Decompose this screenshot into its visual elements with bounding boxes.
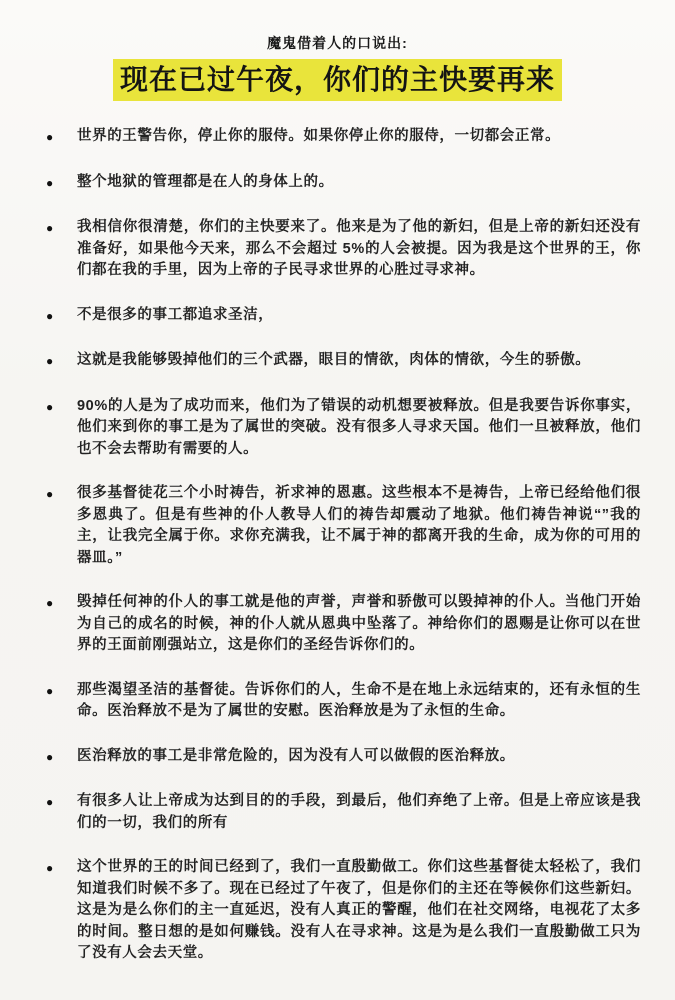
list-item: ● 我相信你很清楚，你们的主快要来了。他来是为了他的新妇，但是上帝的新妇还没有准… [46,217,641,282]
bullet-text: 90%的人是为了成功而来，他们为了错误的动机想要被释放。但是我要告诉你事实，他们… [77,396,641,461]
list-item: ● 整个地狱的管理都是在人的身体上的。 [46,172,641,195]
title-row: 现在已过午夜，你们的主快要再来 [0,59,675,101]
list-item: ● 世界的王警告你，停止你的服侍。如果你停止你的服侍，一切都会正常。 [46,126,641,149]
bullet-icon: ● [46,396,77,419]
list-item: ● 90%的人是为了成功而来，他们为了错误的动机想要被释放。但是我要告诉你事实，… [46,396,641,461]
bullet-text: 这就是我能够毁掉他们的三个武器，眼目的情欲，肉体的情欲，今生的骄傲。 [77,350,641,372]
bullet-icon: ● [46,746,77,769]
bullet-text: 不是很多的事工都追求圣洁， [77,305,641,327]
list-item: ● 医治释放的事工是非常危险的，因为没有人可以做假的医治释放。 [46,746,641,769]
bullet-text: 毁掉任何神的仆人的事工就是他的声誉，声誉和骄傲可以毁掉神的仆人。当他门开始为自己… [77,592,641,657]
bullet-icon: ● [46,172,77,195]
list-item: ● 这个世界的王的时间已经到了，我们一直殷勤做工。你们这些基督徒太轻松了，我们知… [46,857,641,965]
bullet-text: 医治释放的事工是非常危险的，因为没有人可以做假的医治释放。 [77,746,641,768]
bullet-icon: ● [46,305,77,328]
bullet-text: 世界的王警告你，停止你的服侍。如果你停止你的服侍，一切都会正常。 [77,126,641,148]
bullet-text: 有很多人让上帝成为达到目的的手段，到最后，他们弃绝了上帝。但是上帝应该是我们的一… [77,791,641,834]
bullet-icon: ● [46,126,77,149]
page-title: 现在已过午夜，你们的主快要再来 [113,59,562,101]
bullet-text: 那些渴望圣洁的基督徒。告诉你们的人，生命不是在地上永远结束的，还有永恒的生命。医… [77,680,641,723]
document-page: 魔鬼借着人的口说出: 现在已过午夜，你们的主快要再来 ● 世界的王警告你，停止你… [0,0,675,1000]
bullet-icon: ● [46,680,77,703]
bullet-text: 我相信你很清楚，你们的主快要来了。他来是为了他的新妇，但是上帝的新妇还没有准备好… [77,217,641,282]
list-item: ● 很多基督徒花三个小时祷告，祈求神的恩惠。这些根本不是祷告，上帝已经给他们很多… [46,483,641,569]
bullet-icon: ● [46,592,77,615]
list-item: ● 有很多人让上帝成为达到目的的手段，到最后，他们弃绝了上帝。但是上帝应该是我们… [46,791,641,834]
bullet-text: 这个世界的王的时间已经到了，我们一直殷勤做工。你们这些基督徒太轻松了，我们知道我… [77,857,641,965]
list-item: ● 不是很多的事工都追求圣洁， [46,305,641,328]
document-subtitle: 魔鬼借着人的口说出: [0,0,675,53]
bullet-text: 很多基督徒花三个小时祷告，祈求神的恩惠。这些根本不是祷告，上帝已经给他们很多恩典… [77,483,641,569]
bullet-icon: ● [46,350,77,373]
list-item: ● 这就是我能够毁掉他们的三个武器，眼目的情欲，肉体的情欲，今生的骄傲。 [46,350,641,373]
list-item: ● 那些渴望圣洁的基督徒。告诉你们的人，生命不是在地上永远结束的，还有永恒的生命… [46,680,641,723]
list-item: ● 毁掉任何神的仆人的事工就是他的声誉，声誉和骄傲可以毁掉神的仆人。当他门开始为… [46,592,641,657]
bullet-text: 整个地狱的管理都是在人的身体上的。 [77,172,641,194]
bullet-list: ● 世界的王警告你，停止你的服侍。如果你停止你的服侍，一切都会正常。 ● 整个地… [0,126,675,965]
bullet-icon: ● [46,791,77,814]
bullet-icon: ● [46,483,77,506]
bullet-icon: ● [46,217,77,240]
bullet-icon: ● [46,857,77,880]
